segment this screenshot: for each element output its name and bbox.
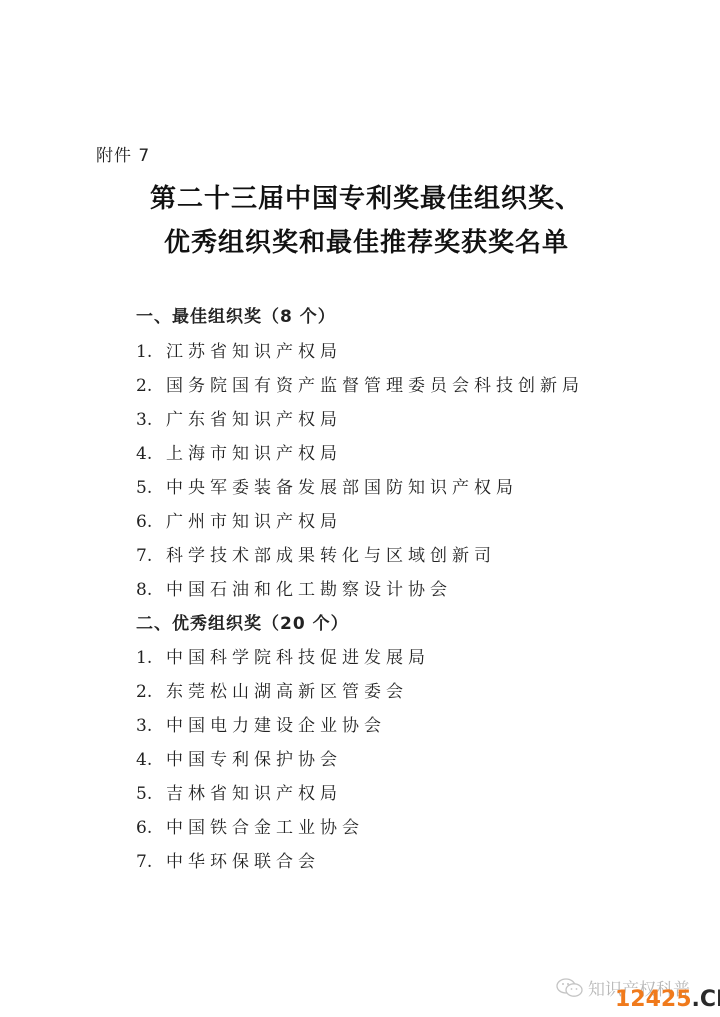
- list-item: 8. 中国石油和化工勘察设计协会: [136, 575, 452, 600]
- item-name: 中央军委装备发展部国防知识产权局: [166, 473, 518, 498]
- list-item: 7. 中华环保联合会: [136, 847, 320, 872]
- item-name: 广州市知识产权局: [166, 507, 342, 532]
- item-name: 中国铁合金工业协会: [166, 813, 364, 838]
- item-name: 东莞松山湖高新区管委会: [166, 677, 408, 702]
- item-name: 中国科学院科技促进发展局: [166, 643, 430, 668]
- item-number: 1.: [136, 342, 166, 362]
- item-name: 中国石油和化工勘察设计协会: [166, 575, 452, 600]
- item-number: 2.: [136, 682, 166, 702]
- site-watermark: 12425.CN: [615, 987, 720, 1012]
- item-number: 5.: [136, 784, 166, 804]
- item-number: 6.: [136, 818, 166, 838]
- document-page: 附件 7 第二十三届中国专利奖最佳组织奖、 优秀组织奖和最佳推荐奖获奖名单 一、…: [0, 0, 720, 1017]
- item-number: 5.: [136, 478, 166, 498]
- item-number: 4.: [136, 750, 166, 770]
- item-number: 6.: [136, 512, 166, 532]
- item-name: 中国专利保护协会: [166, 745, 342, 770]
- item-name: 上海市知识产权局: [166, 439, 342, 464]
- item-number: 8.: [136, 580, 166, 600]
- item-name: 科学技术部成果转化与区域创新司: [166, 541, 496, 566]
- item-number: 3.: [136, 716, 166, 736]
- list-item: 1. 中国科学院科技促进发展局: [136, 643, 430, 668]
- item-name: 中华环保联合会: [166, 847, 320, 872]
- item-number: 7.: [136, 546, 166, 566]
- item-number: 2.: [136, 376, 166, 396]
- list-item: 3. 中国电力建设企业协会: [136, 711, 386, 736]
- item-name: 国务院国有资产监督管理委员会科技创新局: [166, 371, 584, 396]
- attachment-label: 附件 7: [96, 141, 150, 166]
- list-item: 5. 中央军委装备发展部国防知识产权局: [136, 473, 518, 498]
- list-item: 6. 中国铁合金工业协会: [136, 813, 364, 838]
- list-item: 2. 东莞松山湖高新区管委会: [136, 677, 408, 702]
- list-item: 7. 科学技术部成果转化与区域创新司: [136, 541, 496, 566]
- item-number: 1.: [136, 648, 166, 668]
- document-title-line-1: 第二十三届中国专利奖最佳组织奖、: [150, 178, 582, 215]
- list-item: 4. 中国专利保护协会: [136, 745, 342, 770]
- item-number: 4.: [136, 444, 166, 464]
- list-item: 1. 江苏省知识产权局: [136, 337, 342, 362]
- list-item: 4. 上海市知识产权局: [136, 439, 342, 464]
- item-name: 中国电力建设企业协会: [166, 711, 386, 736]
- item-name: 广东省知识产权局: [166, 405, 342, 430]
- wechat-icon: [556, 978, 584, 998]
- item-name: 江苏省知识产权局: [166, 337, 342, 362]
- list-item: 3. 广东省知识产权局: [136, 405, 342, 430]
- list-item: 5. 吉林省知识产权局: [136, 779, 342, 804]
- list-item: 6. 广州市知识产权局: [136, 507, 342, 532]
- section-heading-best-organization: 一、最佳组织奖（8 个）: [136, 302, 336, 327]
- item-number: 3.: [136, 410, 166, 430]
- list-item: 2. 国务院国有资产监督管理委员会科技创新局: [136, 371, 584, 396]
- site-watermark-tld: .CN: [692, 987, 720, 1012]
- item-name: 吉林省知识产权局: [166, 779, 342, 804]
- site-watermark-digits: 12425: [615, 987, 692, 1012]
- section-heading-excellent-organization: 二、优秀组织奖（20 个）: [136, 609, 349, 634]
- document-title-line-2: 优秀组织奖和最佳推荐奖获奖名单: [164, 222, 569, 259]
- item-number: 7.: [136, 852, 166, 872]
